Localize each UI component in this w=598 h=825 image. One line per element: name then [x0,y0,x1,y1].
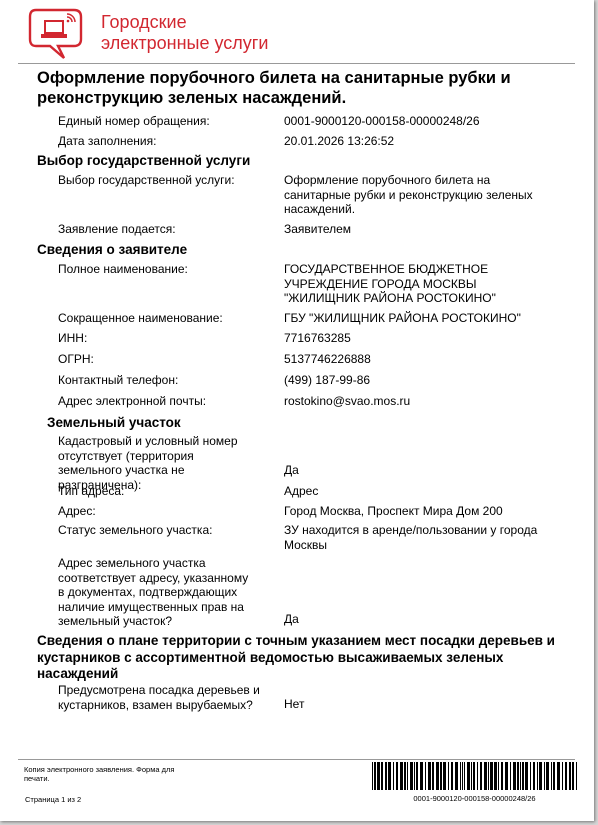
barcode [372,762,577,790]
field-label: Адрес электронной почты: [58,394,273,409]
document-title: Оформление порубочного билета на санитар… [37,68,557,108]
field-label: Предусмотрена посадка деревьев и кустарн… [58,683,268,712]
document-page: Городские электронные услуги Оформление … [0,0,594,821]
field-value: Заявителем [284,222,554,237]
footer-divider [18,759,575,760]
field-value: Город Москва, Проспект Мира Дом 200 [284,504,554,519]
request-number: 0001-9000120-000158-00000248/26 [284,114,554,129]
field-label: Полное наименование: [58,262,273,277]
page-info: Страница 1 из 2 [25,795,81,804]
field-value: Нет [284,697,554,712]
brand-line-2: электронные услуги [101,33,268,54]
barcode-number: 0001-9000120-000158-00000248/26 [372,794,577,803]
field-value: Да [284,612,554,627]
field-label: Контактный телефон: [58,373,273,388]
field-value: ЗУ находится в аренде/пользовании у горо… [284,523,544,552]
field-value: Да [284,463,554,478]
fill-date: 20.01.2026 13:26:52 [284,134,554,149]
field-label: Заявление подается: [58,222,273,237]
section-title-plan: Сведения о плане территории с точным ука… [37,633,567,683]
header-divider [18,63,575,64]
field-label: Адрес: [58,504,273,519]
field-value: 7716763285 [284,331,554,346]
field-value: rostokino@svao.mos.ru [284,394,554,409]
brand-name: Городские электронные услуги [101,12,268,54]
field-value: ГОСУДАРСТВЕННОЕ БЮДЖЕТНОЕ УЧРЕЖДЕНИЕ ГОР… [284,262,539,306]
section-title-service: Выбор государственной услуги [37,153,250,169]
field-label: Тип адреса: [58,484,273,499]
field-label: ОГРН: [58,352,273,367]
field-label: ИНН: [58,331,273,346]
field-label: Адрес земельного участка соответствует а… [58,556,256,629]
field-label: Единый номер обращения: [58,114,273,129]
field-value: (499) 187-99-86 [284,373,554,388]
brand-line-1: Городские [101,12,268,33]
field-value: Оформление порубочного билета на санитар… [284,173,544,217]
laptop-speech-bubble-icon [28,8,84,60]
field-value: ГБУ "ЖИЛИЩНИК РАЙОНА РОСТОКИНО" [284,311,554,326]
copy-note: Копия электронного заявления. Форма для … [24,765,184,783]
field-label: Дата заполнения: [58,134,273,149]
field-label: Выбор государственной услуги: [58,173,273,188]
field-value: Адрес [284,484,554,499]
field-label: Статус земельного участка: [58,523,273,538]
field-value: 5137746226888 [284,352,554,367]
field-label: Сокращенное наименование: [58,311,273,326]
section-title-applicant: Сведения о заявителе [37,242,187,258]
section-title-land: Земельный участок [47,415,181,431]
